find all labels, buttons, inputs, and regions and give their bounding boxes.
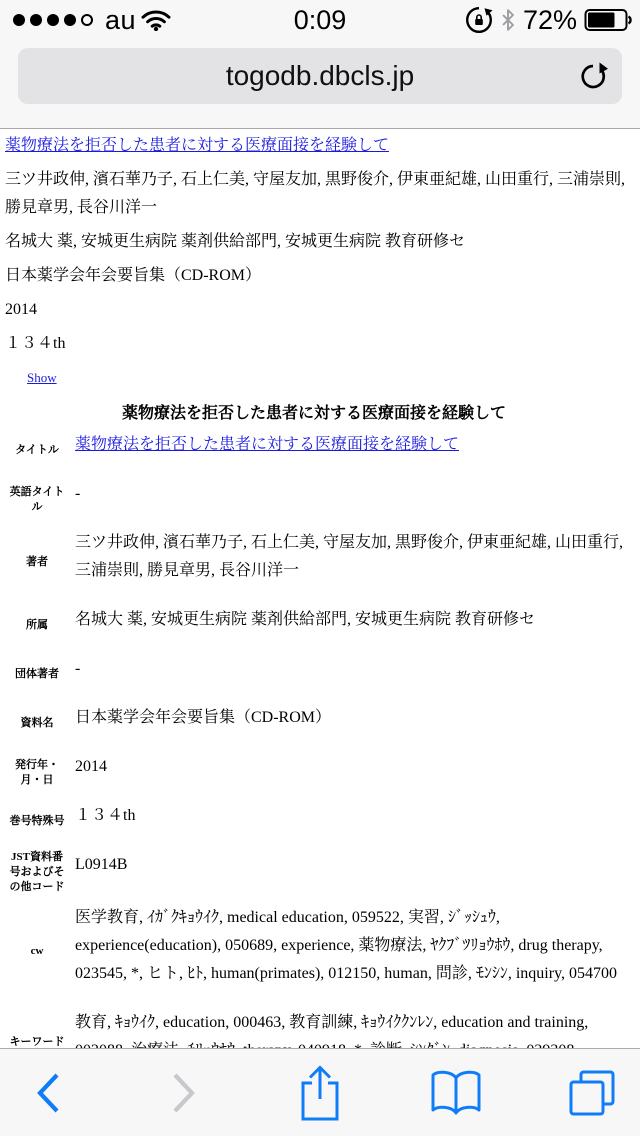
row-value: 医学教育, ｲｶﾞｸｷｮｳｲｸ, medical education, 0595… [69, 899, 635, 1004]
table-row: キーワード 教育, ｷｮｳｲｸ, education, 000463, 教育訓練… [5, 1004, 635, 1048]
back-button[interactable] [20, 1060, 76, 1126]
row-label: 著者 [5, 524, 69, 601]
row-value: 教育, ｷｮｳｲｸ, education, 000463, 教育訓練, ｷｮｳｲ… [69, 1004, 635, 1048]
back-icon [33, 1071, 63, 1115]
share-button[interactable] [292, 1060, 348, 1126]
row-label: 英語タイトル [5, 475, 69, 524]
table-row: 所属 名城大 薬, 安城更生病院 薬剤供給部門, 安城更生病院 教育研修セ [5, 601, 635, 650]
reload-icon [577, 60, 609, 92]
table-row: 著者 三ツ井政伸, 濱石華乃子, 石上仁美, 守屋友加, 黒野俊介, 伊東亜紀雄… [5, 524, 635, 601]
bluetooth-icon [500, 9, 516, 31]
row-label: 巻号特殊号 [5, 797, 69, 846]
battery-icon [584, 8, 632, 32]
safari-toolbar [0, 1048, 640, 1136]
battery-percent-label: 72% [523, 5, 577, 36]
row-label: 団体著者 [5, 650, 69, 699]
safari-header: au 0:09 [0, 0, 640, 129]
signal-strength-icon [13, 14, 93, 26]
table-row: 団体著者 - [5, 650, 635, 699]
signal-dot [13, 14, 25, 26]
forward-button[interactable] [156, 1060, 212, 1126]
share-icon [297, 1064, 343, 1122]
journal-text: 日本薬学会年会要旨集（CD-ROM） [5, 262, 635, 290]
wifi-icon [141, 9, 171, 31]
signal-dot [64, 14, 76, 26]
row-value: - [69, 475, 635, 524]
row-value: - [69, 650, 635, 699]
web-page-content: 薬物療法を拒否した患者に対する医療面接を経験して 三ツ井政伸, 濱石華乃子, 石… [0, 129, 640, 1048]
url-text: togodb.dbcls.jp [226, 60, 414, 92]
table-row: タイトル 薬物療法を拒否した患者に対する医療面接を経験して [5, 426, 635, 475]
table-row: 巻号特殊号 １３４th [5, 797, 635, 846]
row-value: 名城大 薬, 安城更生病院 薬剤供給部門, 安城更生病院 教育研修セ [69, 601, 635, 650]
row-label: キーワード [5, 1004, 69, 1048]
table-row: cw 医学教育, ｲｶﾞｸｷｮｳｲｸ, medical education, 0… [5, 899, 635, 1004]
address-bar-area: togodb.dbcls.jp [0, 40, 640, 128]
affiliation-text: 名城大 薬, 安城更生病院 薬剤供給部門, 安城更生病院 教育研修セ [5, 228, 635, 256]
signal-dot [30, 14, 42, 26]
top-title-line: 薬物療法を拒否した患者に対する医療面接を経験して [5, 132, 635, 160]
bookmarks-button[interactable] [428, 1060, 484, 1126]
signal-dot-empty [81, 14, 93, 26]
table-row: JST資料番号およびその他コード L0914B [5, 846, 635, 899]
carrier-label: au [105, 5, 136, 36]
row-label: JST資料番号およびその他コード [5, 846, 69, 899]
tabs-button[interactable] [564, 1060, 620, 1126]
row-value: 日本薬学会年会要旨集（CD-ROM） [69, 699, 635, 748]
show-link[interactable]: Show [27, 370, 57, 385]
row-value: 2014 [69, 748, 635, 797]
volume-text: １３４th [5, 330, 635, 358]
row-value: １３４th [69, 797, 635, 846]
row-value: L0914B [69, 846, 635, 899]
row-value: 三ツ井政伸, 濱石華乃子, 石上仁美, 守屋友加, 黒野俊介, 伊東亜紀雄, 山… [69, 524, 635, 601]
show-line: Show [27, 364, 635, 392]
rotation-lock-icon [465, 6, 493, 34]
row-label: 発行年・月・日 [5, 748, 69, 797]
status-bar: au 0:09 [0, 0, 640, 40]
book-icon [429, 1068, 483, 1118]
reload-button[interactable] [576, 59, 610, 93]
title-link[interactable]: 薬物療法を拒否した患者に対する医療面接を経験して [75, 436, 459, 453]
tabs-icon [567, 1069, 617, 1117]
row-label: タイトル [5, 426, 69, 475]
row-value: 薬物療法を拒否した患者に対する医療面接を経験して [69, 426, 635, 475]
table-row: 英語タイトル - [5, 475, 635, 524]
forward-icon [169, 1071, 199, 1115]
table-row: 資料名 日本薬学会年会要旨集（CD-ROM） [5, 699, 635, 748]
signal-dot [47, 14, 59, 26]
row-label: 所属 [5, 601, 69, 650]
record-table: タイトル 薬物療法を拒否した患者に対する医療面接を経験して 英語タイトル - 著… [5, 426, 635, 1048]
address-bar[interactable]: togodb.dbcls.jp [18, 48, 622, 104]
row-label: 資料名 [5, 699, 69, 748]
authors-text: 三ツ井政伸, 濱石華乃子, 石上仁美, 守屋友加, 黒野俊介, 伊東亜紀雄, 山… [5, 166, 635, 222]
row-label: cw [5, 899, 69, 1004]
year-text: 2014 [5, 296, 635, 324]
top-title-link[interactable]: 薬物療法を拒否した患者に対する医療面接を経験して [5, 137, 389, 154]
record-heading: 薬物療法を拒否した患者に対する医療面接を経験して [5, 402, 623, 426]
table-row: 発行年・月・日 2014 [5, 748, 635, 797]
